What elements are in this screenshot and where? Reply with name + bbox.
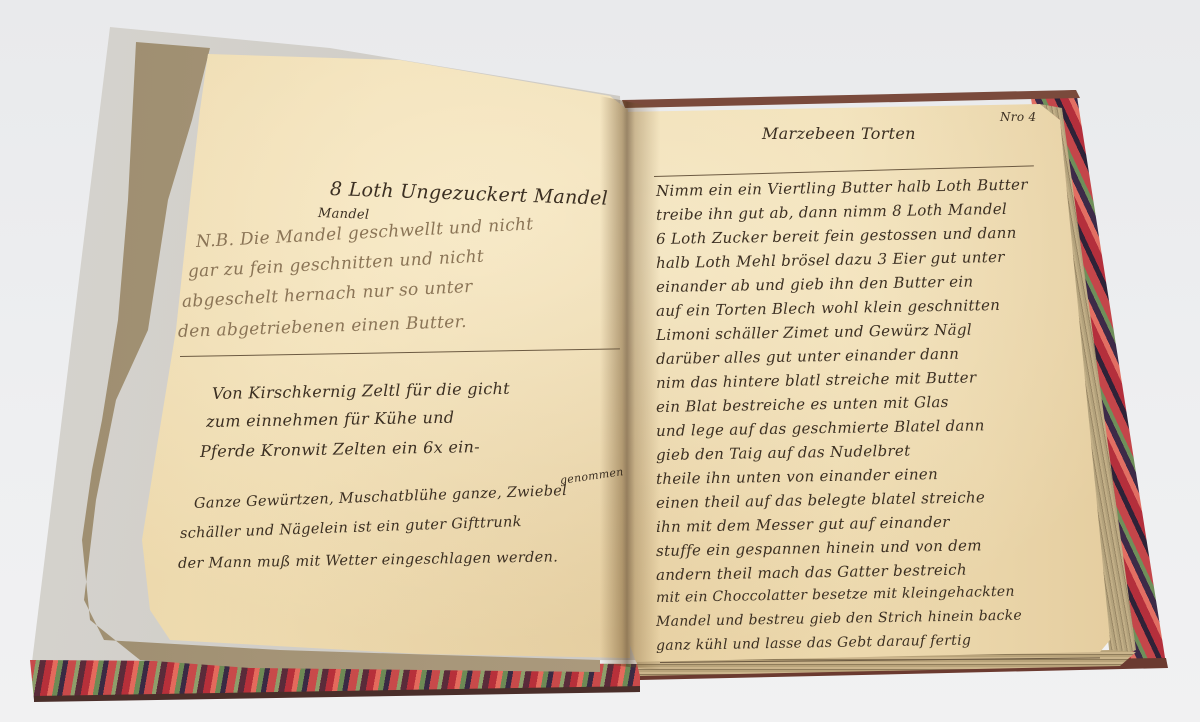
left-page-subtitle: Mandel — [318, 206, 370, 223]
right-page-title: Marzebeen Torten — [762, 124, 916, 143]
page-number: Nro 4 — [1000, 110, 1036, 124]
